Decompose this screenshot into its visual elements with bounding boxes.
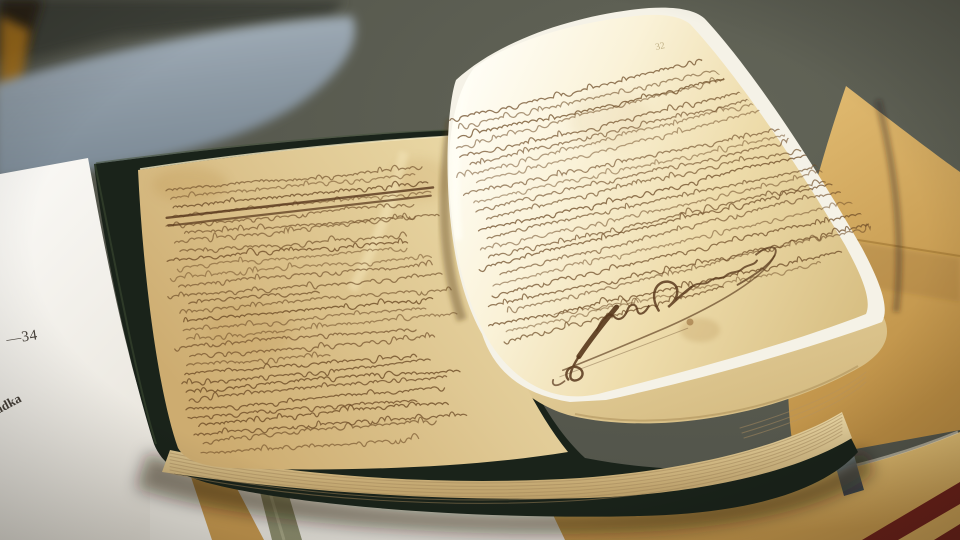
manuscript-photo: —34 adka [0,0,960,540]
vignette-overlay [0,0,960,540]
photo-canvas: —34 adka [0,0,960,540]
